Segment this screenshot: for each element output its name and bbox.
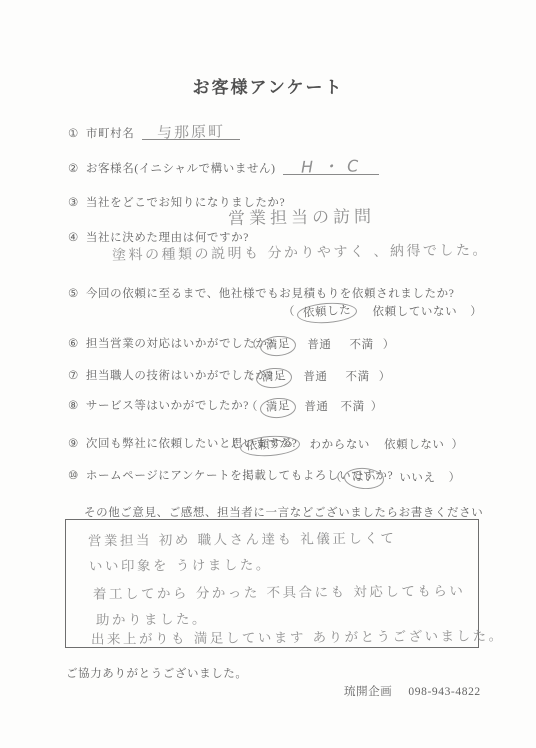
option: いいえ (399, 472, 435, 484)
circled-option-selected: はい (343, 467, 385, 491)
phone-number: 098-943-4822 (408, 686, 480, 698)
paren-open: （ (283, 306, 295, 318)
question-number: ③ (68, 197, 79, 209)
question-number: ⑤ (68, 288, 79, 300)
comment-box: 営業担当 初め 職人さん達も 礼儀正しくて いい印象を うけました。 着工してか… (65, 519, 479, 648)
handwritten-initials: H ・ C (301, 158, 361, 175)
question-number: ⑦ (68, 370, 79, 382)
option-group: （満足普通不満） (246, 336, 395, 356)
question-row-publish: ⑩ホームページにアンケートを掲載してもよろしいですか? （はいいいえ） (68, 468, 524, 484)
paren-close: ） (379, 371, 391, 383)
handwritten-reason: 塗料の種類の説明も 分かりやすく 、納得でした。 (112, 239, 489, 264)
option-group: （依頼するわからない依頼しない） (226, 436, 464, 456)
question-row-service: ⑧サービス等はいかがでしたか? （満足普通不満） (68, 398, 524, 414)
circled-option-selected: 依頼した (296, 301, 358, 325)
question-number: ④ (68, 232, 79, 244)
name-answer-field: H ・ C (283, 159, 379, 175)
handwritten-comment-line: いい印象を うけました。 (89, 553, 272, 575)
question-number: ⑥ (68, 338, 79, 350)
handwritten-comment-line: 出来上がりも 満足しています ありがとうございました。 (91, 624, 505, 648)
question-number: ⑩ (68, 470, 79, 482)
question-row-estimates: ⑤今回の依頼に至るまで、他社様でもお見積もりを依頼されましたか? (68, 286, 524, 302)
question-number: ② (68, 163, 79, 175)
city-answer-field: 与那原町 (142, 124, 240, 140)
question-number: ⑧ (68, 400, 79, 412)
circled-option-selected: 満足 (259, 335, 297, 357)
paren-open: （ (246, 401, 258, 413)
question-row-repeat: ⑨次回も弊社に依頼したいと思いますか? （依頼するわからない依頼しない） (68, 436, 524, 452)
option: 不満 (341, 401, 365, 413)
option: 不満 (346, 371, 370, 383)
option-group: （満足普通不満） (242, 368, 391, 388)
page-title: お客様アンケート (0, 73, 536, 98)
paren-open: （ (330, 472, 342, 484)
question-number: ① (68, 128, 79, 140)
paren-close: ） (449, 472, 461, 484)
paren-close: ） (470, 306, 482, 318)
circled-option-selected: 依頼する (239, 434, 301, 458)
circled-option-selected: 満足 (255, 367, 293, 389)
footer: 琉開企画098-943-4822 (344, 683, 481, 699)
option: 依頼しない (384, 439, 445, 451)
handwritten-source: 営業担当の訪問 (228, 202, 375, 229)
paren-close: ） (452, 439, 464, 451)
option: 普通 (303, 371, 327, 383)
option-group: （依頼した依頼していない） (283, 303, 482, 323)
option-group: （はいいいえ） (330, 468, 461, 489)
option: 不満 (350, 339, 374, 351)
handwritten-comment-line: 着工してから 分かった 不具合にも 対応してもらい (93, 579, 466, 602)
handwritten-city: 与那原町 (157, 123, 225, 140)
question-label: 今回の依頼に至るまで、他社様でもお見積もりを依頼されましたか? (86, 288, 454, 300)
option: わからない (310, 439, 371, 451)
question-label: 市町村名 (86, 128, 134, 140)
question-row-sales: ⑥担当営業の対応はいかがでしたか? （満足普通不満） (68, 336, 524, 352)
thanks-text: ご協力ありがとうございました。 (66, 666, 524, 682)
paren-open: （ (246, 339, 258, 351)
handwritten-comment-line: 助かりました。 (96, 608, 208, 629)
option: 普通 (307, 339, 331, 351)
option: 普通 (304, 401, 328, 413)
question-row-craftsman: ⑦担当職人の技術はいかがでしたか? （満足普通不満） (68, 368, 524, 384)
question-number: ⑨ (68, 438, 79, 450)
scanned-survey-page: お客様アンケート ①市町村名 与那原町 ②お客様名(イニシャルで構いません) H… (0, 0, 536, 748)
question-row-name: ②お客様名(イニシャルで構いません) H ・ C (68, 159, 524, 177)
question-row-city: ①市町村名 与那原町 (68, 124, 524, 142)
paren-close: ） (383, 339, 395, 351)
paren-open: （ (242, 371, 254, 383)
question-label: お客様名(イニシャルで構いません) (86, 163, 276, 175)
circled-option-selected: 満足 (259, 397, 297, 419)
paren-open: （ (226, 439, 238, 451)
paren-close: ） (371, 401, 383, 413)
option: 依頼していない (373, 306, 458, 318)
option-group: （満足普通不満） (246, 398, 383, 418)
question-label: サービス等はいかがでしたか? (86, 400, 249, 412)
company-name: 琉開企画 (344, 686, 392, 698)
handwritten-comment-line: 営業担当 初め 職人さん達も 礼儀正しくて (88, 527, 397, 550)
